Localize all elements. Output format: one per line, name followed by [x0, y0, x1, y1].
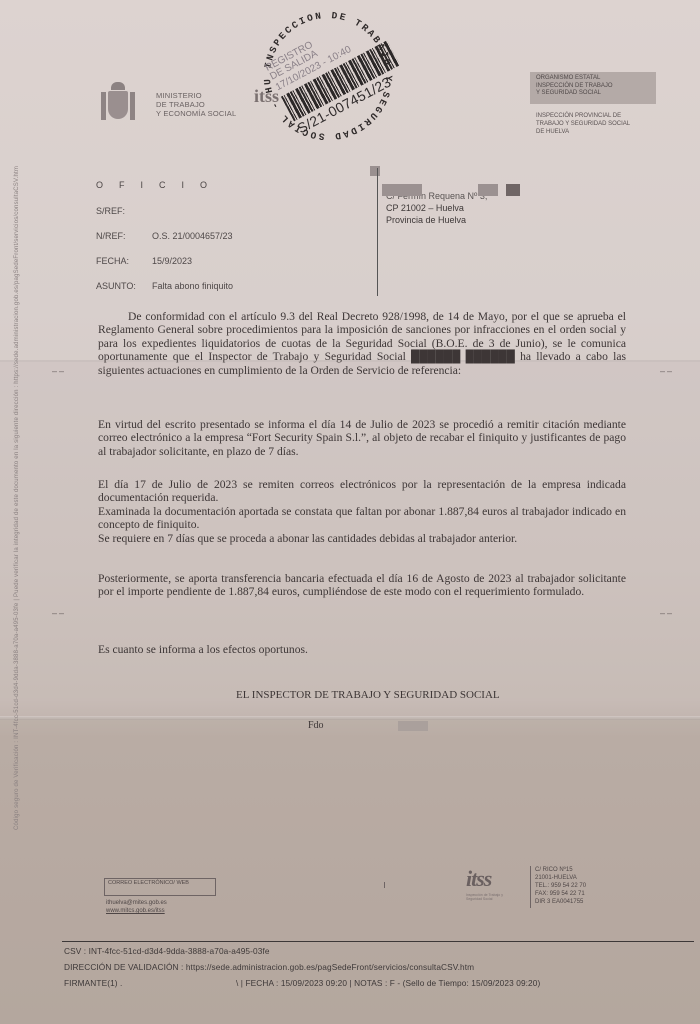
document-type: OFICIO [96, 180, 223, 190]
firmante-label: FIRMANTE(1) . [64, 978, 122, 988]
signer-title: EL INSPECTOR DE TRABAJO Y SEGURIDAD SOCI… [236, 689, 500, 701]
signature-metadata: \ | FECHA : 15/09/2023 09:20 | NOTAS : F… [236, 978, 540, 988]
registry-stamp: INSPECCION DE TRABAJO Y SEGURIDAD SOCIAL… [256, 4, 400, 148]
footer-rule [62, 941, 694, 942]
spain-coat-of-arms-icon [100, 82, 136, 126]
csv-side-strip: Código seguro de Verificación : INT-4fcc… [14, 10, 20, 830]
nref-row: N/REF:O.S. 21/0004657/23 [96, 231, 233, 241]
fecha-row: FECHA:15/9/2023 [96, 256, 192, 266]
office-address: C/ RICO Nº15 21001-HUELVA TEL.: 959 54 2… [535, 866, 586, 906]
org-box: ORGANISMO ESTATAL INSPECCIÓN DE TRABAJO … [530, 72, 656, 104]
ministry-name: MINISTERIO DE TRABAJO Y ECONOMÍA SOCIAL [156, 91, 236, 118]
provincial-office: INSPECCIÓN PROVINCIAL DE TRABAJO Y SEGUR… [536, 112, 630, 136]
contact-lines: ithuelva@mites.gob.es www.mitcs.gob.es/i… [106, 899, 167, 915]
intro-paragraph: De conformidad con el artículo 9.3 del R… [98, 310, 626, 377]
itss-logo-caption: Inspección de Trabajo y Seguridad Social [466, 893, 506, 901]
paragraph-transfer: Posteriormente, se aporta transferencia … [98, 572, 626, 599]
contact-label-box: CORREO ELECTRÓNICO/ WEB [104, 878, 216, 896]
closing-line: Es cuanto se informa a los efectos oport… [98, 643, 626, 656]
address-rule [377, 168, 378, 296]
paragraph-citation: En virtud del escrito presentado se info… [98, 418, 626, 458]
sref-row: S/REF: [96, 206, 152, 216]
validation-url[interactable]: DIRECCIÓN DE VALIDACIÓN : https://sede.a… [64, 962, 474, 972]
ministry-logo: MINISTERIO DE TRABAJO Y ECONOMÍA SOCIAL [100, 82, 236, 126]
redaction-block [506, 184, 520, 196]
itss-logo-icon: itss [466, 866, 491, 892]
contact-web-link[interactable]: www.mitcs.gob.es/itss [106, 907, 167, 915]
recipient-address: C/ Fermín Requena Nº 3, CP 21002 – Huelv… [386, 190, 487, 226]
redaction-mark [370, 166, 380, 176]
csv-code: CSV : INT-4fcc-51cd-d3d4-9dda-3888-a70a-… [64, 946, 270, 956]
redaction-block [398, 721, 428, 731]
paragraph-documentation: El día 17 de Julio de 2023 se remiten co… [98, 478, 626, 545]
document-page: Código seguro de Verificación : INT-4fcc… [0, 0, 700, 1024]
asunto-row: ASUNTO:Falta abono finiquito [96, 281, 233, 291]
signature-label: Fdo [308, 720, 428, 731]
contact-email[interactable]: ithuelva@mites.gob.es [106, 899, 167, 907]
redaction-block [382, 184, 422, 196]
redaction-block [478, 184, 498, 196]
